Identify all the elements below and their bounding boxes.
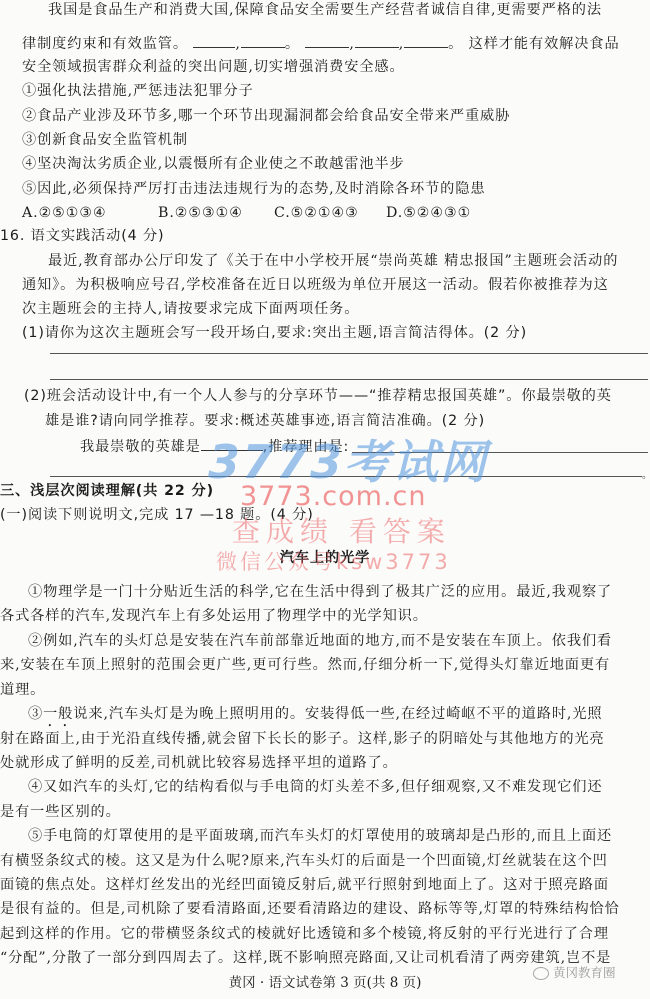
article-p5-line-6: “分配”,分散了一部分到四周去了。这样,既不影响照亮路面,又让司机看清了两旁建筑… [0,948,611,968]
q15-option-b[interactable]: B.②⑤③①④ [158,203,274,223]
q15-blank-2[interactable] [241,33,285,48]
q15-option-c[interactable]: C.⑤②①④③ [274,203,386,223]
article-p3-line-2: 射在路面上,由于光沿直线传播,就会留下长长的影子。这样,影子的阴暗处与其他地方的… [0,729,605,749]
q15-blank-1[interactable] [193,33,235,48]
article-p1-line-2: 各式各样的汽车,发现汽车上有多处运用了物理学中的光学知识。 [0,606,428,626]
q16-intro-line-3: 次主题班会的主持人,请按要求完成下面两项任务。 [22,299,359,319]
q16-intro-line-2: 通知》。为积极响应号召,学校准备在近日以班级为单位开展这一活动。假若你被推荐为这 [22,275,609,295]
q16-answer-prompt: 我最崇敬的英雄是,推荐理由是: [80,436,349,457]
article-title: 汽车上的光学 [0,548,650,568]
article-p4-line-2: 是有一些区别的。 [0,802,121,822]
article-p4-line-1: ④又如汽车的头灯,它的结构看似与手电筒的灯头差不多,但仔细观察,又不难发现它们还 [28,777,602,797]
article-p5-line-3: 面镜的焦点处。这样灯丝发出的光经凹面镜反射后,就平行照射到地面上了。这对于照亮路… [0,875,609,895]
q15-options: A.②⑤①③④B.②⑤③①④C.⑤②①④③D.⑤②④③① [22,203,471,223]
q16-intro-line-1: 最近,教育部办公厅印发了《关于在中小学校开展“崇尚英雄 精忠报国”主题班会活动的 [48,251,618,271]
q15-stem-line-2-post: 这样才能有效解决食品 [469,36,620,52]
answer-line-1[interactable] [50,353,648,354]
q16-task-2-line-2: 雄是谁?请向同学推荐。要求:概述英雄事迹,语言简洁准确。(2 分) [45,411,485,431]
q15-sentence-1: ①强化执法措施,严惩违法犯罪分子 [22,81,254,101]
article-p5-line-1: ⑤手电筒的灯罩使用的是平面玻璃,而汽车头灯的灯罩使用的玻璃却是凸形的,而且上面还 [28,826,612,846]
article-p5-line-4: 是很有益的。但是,司机除了要看清路面,还要看清路边的建设、路标等等,灯罩的特殊结… [0,899,620,919]
article-p3-line-3: 处就形成了鲜明的反差,司机就比较容易选择平坦的道路了。 [0,753,398,773]
section-3-subtitle: (一)阅读下则说明文,完成 17 —18 题。(4 分) [0,505,314,525]
q15-sentence-5: ⑤因此,必须保持严厉打击违法违规行为的态势,及时消除各环节的隐患 [22,179,485,199]
answer-line-2[interactable] [50,379,648,380]
hero-name-blank[interactable] [201,436,263,451]
q15-option-a[interactable]: A.②⑤①③④ [22,203,158,223]
section-3-title: 三、浅层次阅读理解(共 22 分) [0,481,214,501]
answer-mid: ,推荐理由是: [263,439,350,455]
q15-stem-line-1: 我国是食品生产和消费大国,保障食品安全需要生产经营者诚信自律,更需要严格的法 [48,0,602,20]
article-p3-line-1: ③一般说来,汽车头灯是为晚上照明用的。安装得低一些,在经过崎岖不平的道路时,光照 [28,704,603,730]
exam-page: 我国是食品生产和消费大国,保障食品安全需要生产经营者诚信自律,更需要严格的法 律… [0,0,650,999]
page-footer: 黄冈 · 语文试卷第 3 页(共 8 页) [0,974,650,992]
article-p2-line-1: ②例如,汽车的头灯总是安装在汽车前部靠近地面的地方,而不是安装在车顶上。依我们看 [28,631,612,651]
q16-task-2-line-1: (2)班会活动设计中,有一个人人参与的分享环节——“推荐精忠报国英雄”。你最崇敬… [24,386,612,406]
q15-option-d[interactable]: D.⑤②④③① [386,203,471,223]
q15-blank-4[interactable] [355,33,399,48]
q15-blank-3[interactable] [305,33,349,48]
q15-sentence-4: ④坚决淘汰劣质企业,以震慑所有企业使之不敢越雷池半步 [22,154,405,174]
q15-stem-line-2-pre: 律制度约束和有效监管。 [22,36,188,52]
reason-line-1[interactable] [352,452,648,453]
q15-stem-line-3: 安全领域损害群众利益的突出问题,切实增强消费安全感。 [22,57,405,77]
article-p1-line-1: ①物理学是一门十分贴近生活的科学,它在生活中得到了极其广泛的应用。最近,我观察了 [28,582,612,602]
q15-blank-5[interactable] [404,33,448,48]
q15-sentence-2: ②食品产业涉及环节多,哪一个环节出现漏洞都会给食品安全带来严重威胁 [22,106,510,126]
q15-sentence-3: ③创新食品安全监管机制 [22,130,188,150]
article-p5-line-5: 起到这样的作用。它的带横竖条纹式的棱就好比透镜和多个棱镜,将反射的平行光进行了合… [0,924,609,944]
article-p5-line-2: 有横竖条纹式的棱。这又是为什么呢?原来,汽车头灯的后面是一个凹面镜,灯丝就装在这… [0,851,608,871]
reason-end-period: 。 [642,466,650,486]
q15-stem-line-2: 律制度约束和有效监管。 ,。 ,,。 这样才能有效解决食品 [22,33,620,54]
q16-title: 16. 语文实践活动(4 分) [0,226,165,246]
reason-line-2[interactable] [50,476,642,477]
answer-prefix: 我最崇敬的英雄是 [80,439,201,455]
q16-task-1: (1)请你为这次主题班会写一段开场白,要求:突出主题,语言简洁得体。(2 分) [22,323,527,343]
article-p2-line-2: 来,安装在车顶上照射的范围会更广些,更可行些。然而,仔细分析一下,觉得头灯靠近地… [0,655,610,675]
article-p2-line-3: 道理。 [0,680,45,700]
emphasized-phrase: 一般 [43,706,73,722]
